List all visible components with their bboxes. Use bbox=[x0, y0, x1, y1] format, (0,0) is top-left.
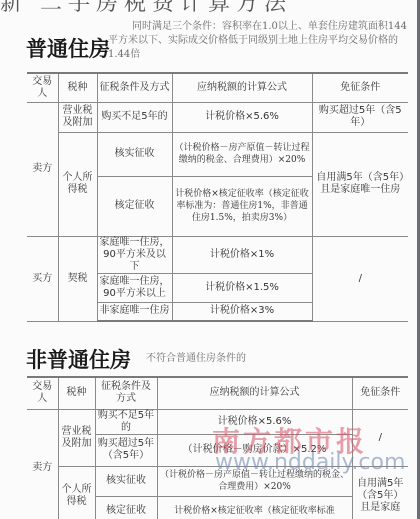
header-tax-type: 税种 bbox=[58, 73, 97, 102]
formula-cell: （计税价格－房产原值－转让过程缴纳的税金、合理费用）×20% bbox=[157, 466, 352, 496]
table-header-row: 交易人 税种 征税条件及方式 应纳税额的计算公式 免征条件 bbox=[27, 377, 408, 409]
page-title-prefix: 新 bbox=[0, 0, 28, 17]
exemption-cell: 自用满5年（含5年）且是家庭唯一住房 bbox=[312, 132, 408, 236]
party-seller: 卖方 bbox=[27, 409, 58, 519]
formula-cell: 计税价格×5.6% bbox=[172, 102, 312, 132]
header-party: 交易人 bbox=[27, 377, 58, 409]
condition-cell: 购买不足5年的 bbox=[95, 409, 157, 434]
formula-cell: （计税价格－购房价款）×5.2% bbox=[157, 434, 352, 466]
table-header-row: 交易人 税种 征税条件及方式 应纳税额的计算公式 免征条件 bbox=[27, 73, 408, 102]
header-exemption: 免征条件 bbox=[312, 73, 408, 102]
ordinary-note: 同时满足三个条件：容积率在1.0以上、单套住房建筑面积144平方米以下、实际成交… bbox=[108, 20, 410, 62]
header-condition: 征税条件及方式 bbox=[97, 73, 172, 102]
condition-cell: 家庭唯一住房，90平方米以上 bbox=[97, 273, 172, 302]
non-ordinary-note: 不符合普通住房条件的 bbox=[146, 352, 246, 366]
condition-cell: 家庭唯一住房，90平方米及以下 bbox=[97, 236, 172, 273]
formula-cell: （计税价格－房产原值－转让过程缴纳的税金、合理费用）×20% bbox=[172, 132, 312, 176]
header-formula: 应纳税额的计算公式 bbox=[172, 73, 312, 102]
party-buyer: 买方 bbox=[27, 236, 58, 321]
table-row: 个人所得税 核实征收 （计税价格－房产原值－转让过程缴纳的税金、合理费用）×20… bbox=[27, 466, 408, 496]
formula-cell: 计税价格×核定征收率（核定征收率标准 bbox=[157, 496, 352, 519]
condition-cell: 非家庭唯一住房 bbox=[97, 302, 172, 321]
formula-cell: 计税价格×1.5% bbox=[172, 273, 312, 302]
header-formula: 应纳税额的计算公式 bbox=[157, 377, 352, 409]
non-ordinary-tax-table: 交易人 税种 征税条件及方式 应纳税额的计算公式 免征条件 卖方 营业税及附加 … bbox=[27, 376, 408, 519]
header-tax-type: 税种 bbox=[58, 377, 95, 409]
exemption-cell: / bbox=[352, 409, 408, 466]
formula-cell: 计税价格×3% bbox=[172, 302, 312, 321]
tax-business: 营业税及附加 bbox=[58, 409, 95, 466]
formula-cell: 计税价格×5.6% bbox=[157, 409, 352, 434]
condition-cell: 核实征收 bbox=[97, 132, 172, 176]
condition-cell: 核定征收 bbox=[97, 176, 172, 236]
formula-cell: 计税价格×核定征收率（核定征收率标准为：普通住房1%，非普通住房1.5%，拍卖房… bbox=[172, 176, 312, 236]
table-row: 卖方 营业税及附加 购买不足5年的 计税价格×5.6% 购买超过5年（含5年） bbox=[27, 102, 408, 132]
page-title: 新 二手房税费计算方法 bbox=[40, 0, 292, 17]
header-party: 交易人 bbox=[27, 73, 58, 102]
exemption-cell: / bbox=[312, 236, 408, 321]
table-row: 卖方 营业税及附加 购买不足5年的 计税价格×5.6% / bbox=[27, 409, 408, 434]
tax-income: 个人所得税 bbox=[58, 466, 95, 519]
condition-cell: 购买不足5年的 bbox=[97, 102, 172, 132]
ordinary-tax-table: 交易人 税种 征税条件及方式 应纳税额的计算公式 免征条件 卖方 营业税及附加 … bbox=[27, 72, 408, 322]
tax-business: 营业税及附加 bbox=[58, 102, 97, 132]
table-row: 个人所得税 核实征收 （计税价格－房产原值－转让过程缴纳的税金、合理费用）×20… bbox=[27, 132, 408, 176]
condition-cell: 核定征收 bbox=[95, 496, 157, 519]
non-ordinary-heading: 非普通住房 bbox=[26, 344, 131, 374]
formula-cell: 计税价格×1% bbox=[172, 236, 312, 273]
party-seller: 卖方 bbox=[27, 102, 58, 236]
page-title-text: 二手房税费计算方法 bbox=[40, 0, 292, 16]
header-condition: 征税条件及方式 bbox=[95, 377, 157, 409]
tax-deed: 契税 bbox=[58, 236, 97, 321]
tax-income: 个人所得税 bbox=[58, 132, 97, 236]
condition-cell: 购买超过5年（含5年） bbox=[95, 434, 157, 466]
exemption-cell: 自用满5年（含5年）且是家庭 bbox=[352, 466, 408, 519]
condition-cell: 核实征收 bbox=[95, 466, 157, 496]
exemption-cell: 购买超过5年（含5年） bbox=[312, 102, 408, 132]
table-row: 买方 契税 家庭唯一住房，90平方米及以下 计税价格×1% / bbox=[27, 236, 408, 273]
header-exemption: 免征条件 bbox=[352, 377, 408, 409]
ordinary-heading: 普通住房 bbox=[26, 33, 110, 63]
